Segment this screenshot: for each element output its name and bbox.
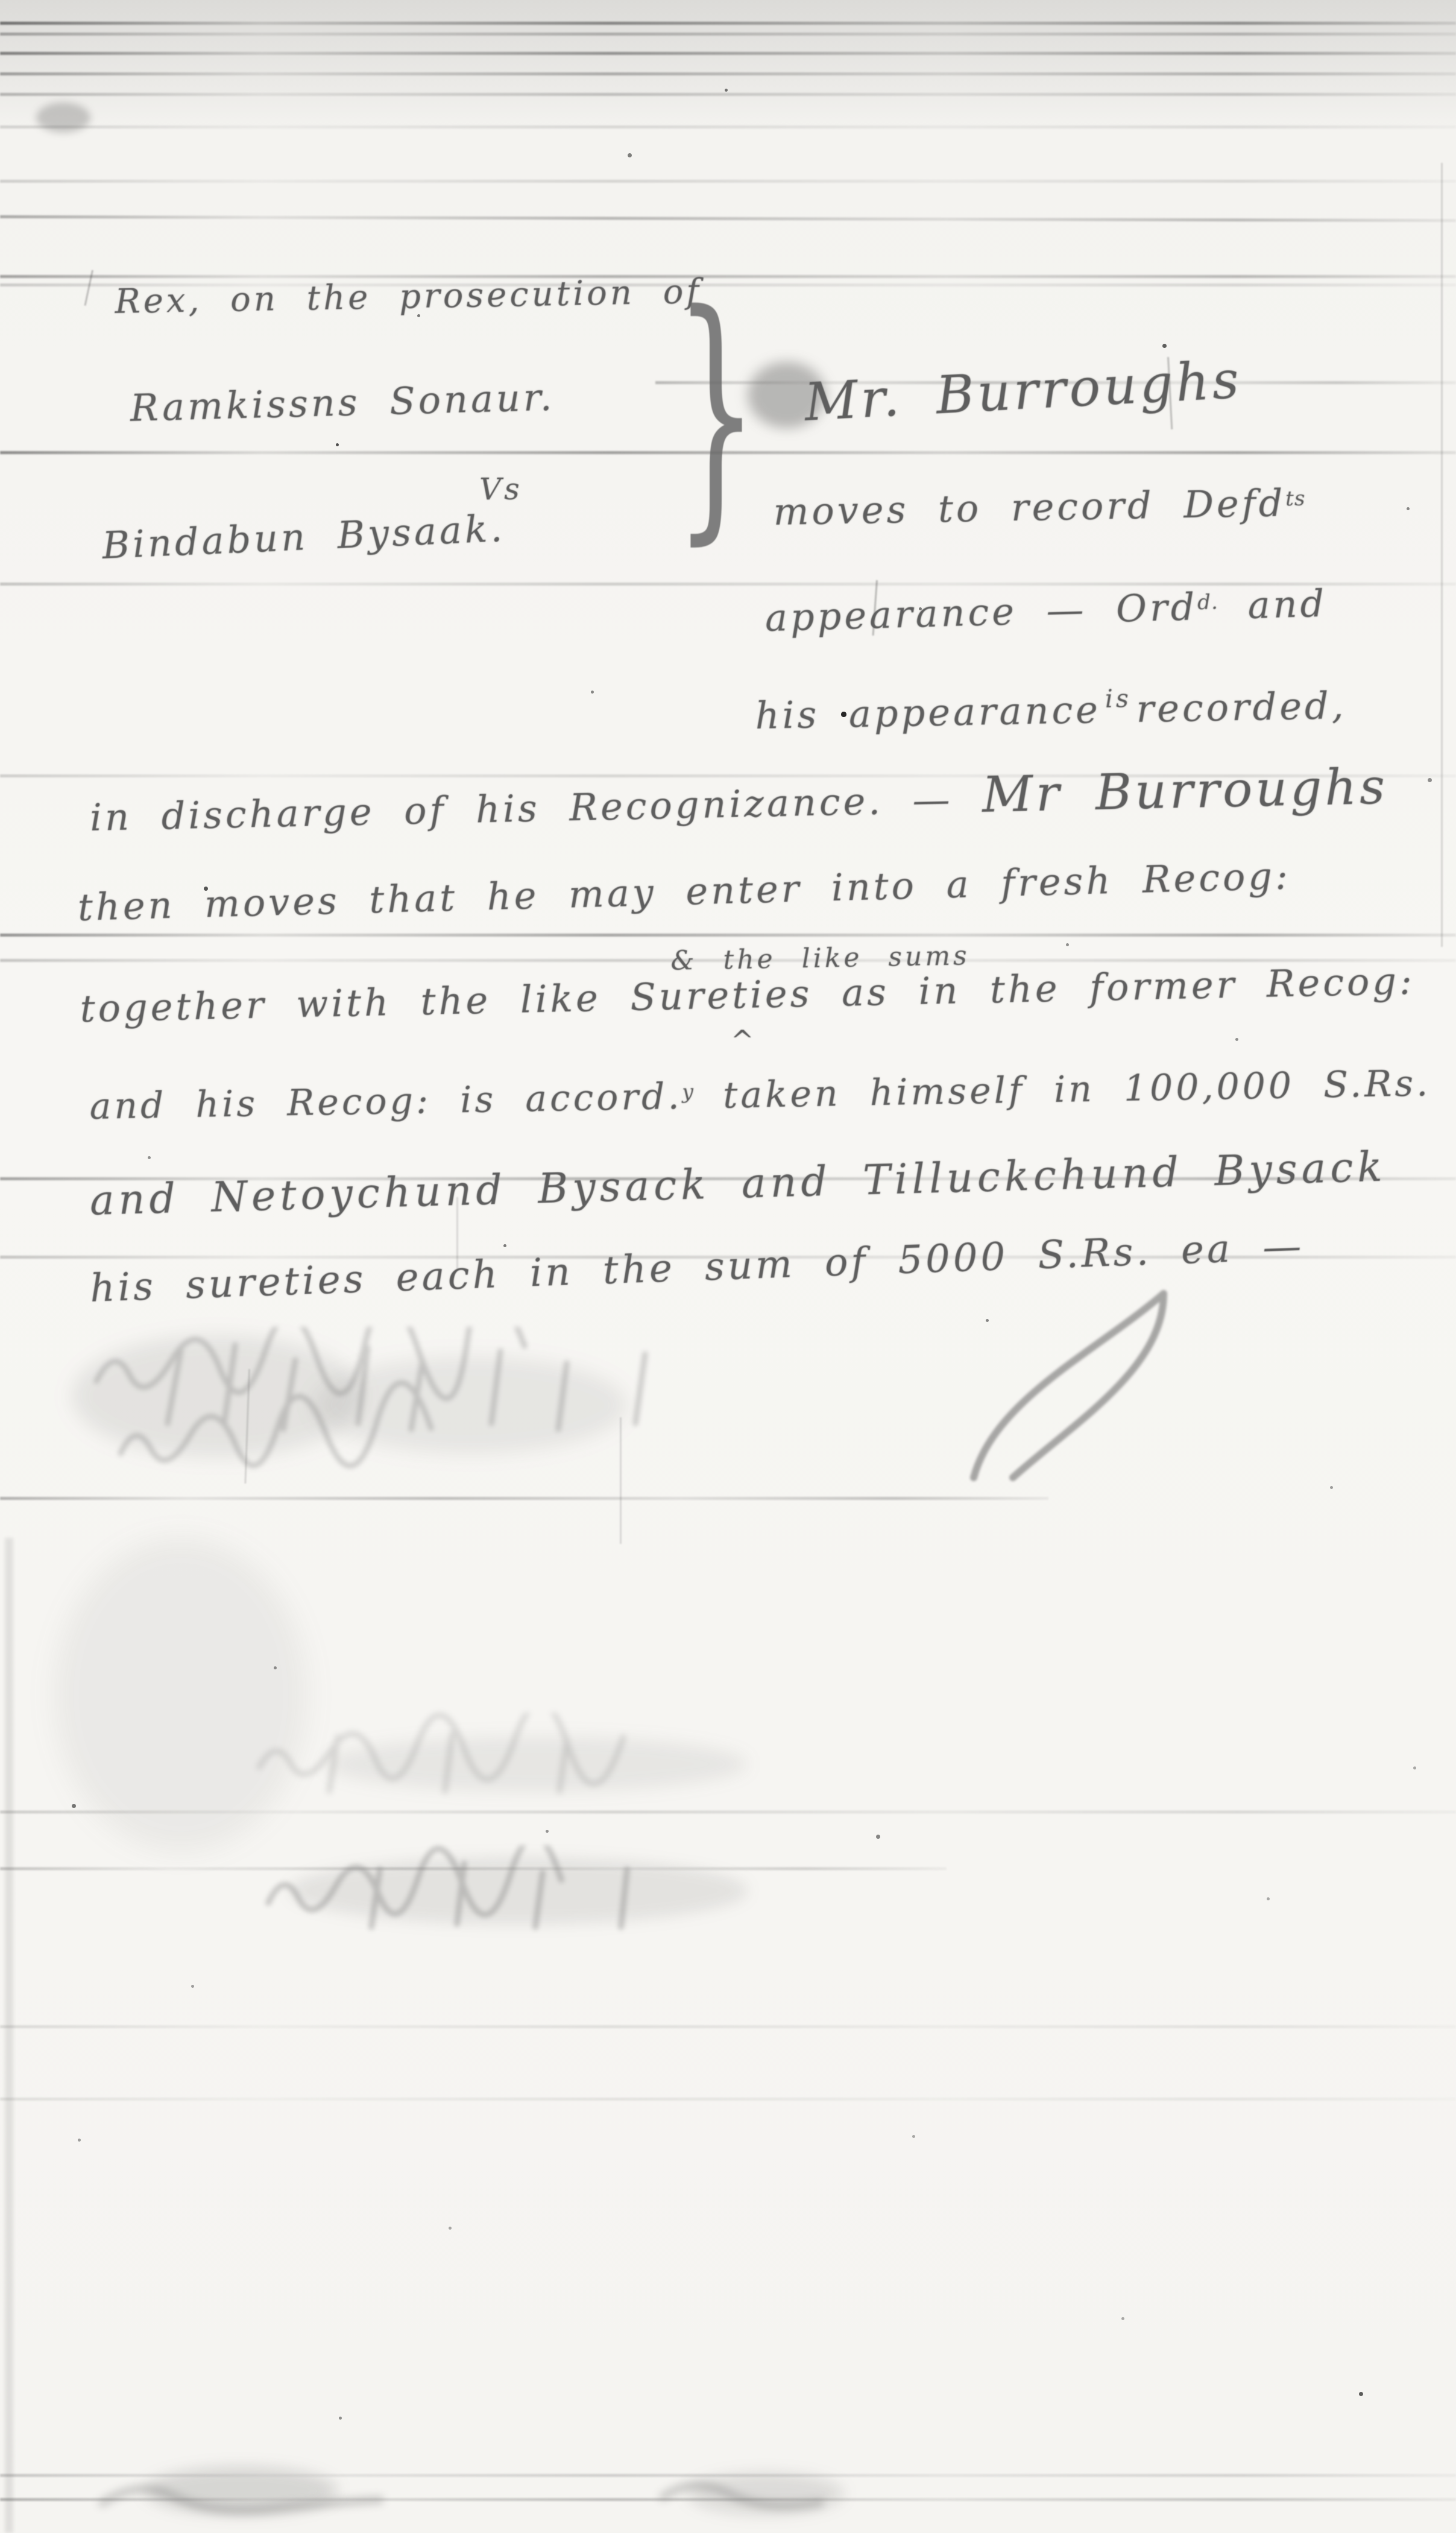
ink-bleed-through [253, 1713, 796, 1821]
body-amount-line: and his Recog: is accord.y taken himself… [89, 1062, 1431, 1128]
paper-crease [0, 125, 1456, 128]
body-counsel-name: Mr Burroughs [982, 758, 1388, 824]
body-insert-caret: ^ [731, 1024, 757, 1057]
ink-specks [0, 0, 2, 2]
body-fresh-recog-line: then moves that he may enter into a fres… [77, 853, 1291, 929]
order-moves-superscript: ts [1285, 487, 1306, 511]
scan-shading-top [0, 0, 1456, 133]
body-amount-text-b: taken himself in 100,000 S.Rs. [694, 1062, 1431, 1117]
ink-bleed-through [259, 1845, 772, 1948]
smudge-stain [36, 103, 90, 133]
pen-flourish [904, 1279, 1206, 1496]
page-edge-line [1441, 163, 1443, 947]
paper-crease [0, 33, 1456, 36]
order-recorded-text-a: his appearance [755, 688, 1101, 738]
ink-bleed-through [90, 2455, 874, 2527]
paper-crease [0, 52, 1456, 55]
order-appearance-superscript: d. [1197, 590, 1219, 615]
paper-crease [0, 215, 1456, 222]
page-edge-line [5, 1538, 13, 2533]
caption-prosecution-line: Rex, on the prosecution of [115, 272, 702, 321]
body-discharge-line: in discharge of his Recognizance. — Mr B… [89, 758, 1388, 843]
paper-crease [0, 72, 1456, 75]
scanned-document-page: Rex, on the prosecution of Ramkissns Son… [0, 0, 1456, 2533]
paper-crease [0, 180, 1456, 183]
paper-crease [0, 22, 1456, 25]
order-appearance-text: appearance — Ord [764, 584, 1198, 640]
caption-defendant-name: Bindabun Bysaak. [101, 506, 506, 568]
paper-crease [0, 2098, 1456, 2101]
caption-versus: Vs [479, 472, 523, 507]
order-moves-text: moves to record Defd [773, 481, 1286, 534]
order-interlined-insert: is [1105, 684, 1132, 713]
order-appearance-line: appearance — Ordd. and [764, 581, 1328, 640]
ink-bleed-through [84, 1327, 989, 1508]
body-sureties-text-a: together with the like Sureties [80, 972, 813, 1031]
paper-crease [0, 93, 1456, 96]
case-caption-brace: } [674, 267, 760, 558]
order-recorded-text-b: recorded, [1136, 683, 1347, 731]
body-amount-text-a: and his Recog: is accord. [89, 1075, 682, 1128]
body-discharge-text: in discharge of his Recognizance. — [89, 777, 953, 840]
order-moves-line: moves to record Defdts [773, 481, 1306, 534]
paper-crease [0, 934, 1456, 937]
body-sureties-names-line: and Netoychund Bysack and Tilluckchund B… [89, 1143, 1387, 1225]
caption-prosecutor-name: Ramkissns Sonaur. [130, 375, 555, 430]
body-amount-superscript: y [682, 1080, 694, 1103]
counsel-name: Mr. Burroughs [803, 350, 1243, 433]
order-appearance-text-b: and [1218, 581, 1328, 628]
order-recorded-line: his appearanceisrecorded, [755, 683, 1347, 738]
paper-crease [0, 2025, 1456, 2028]
